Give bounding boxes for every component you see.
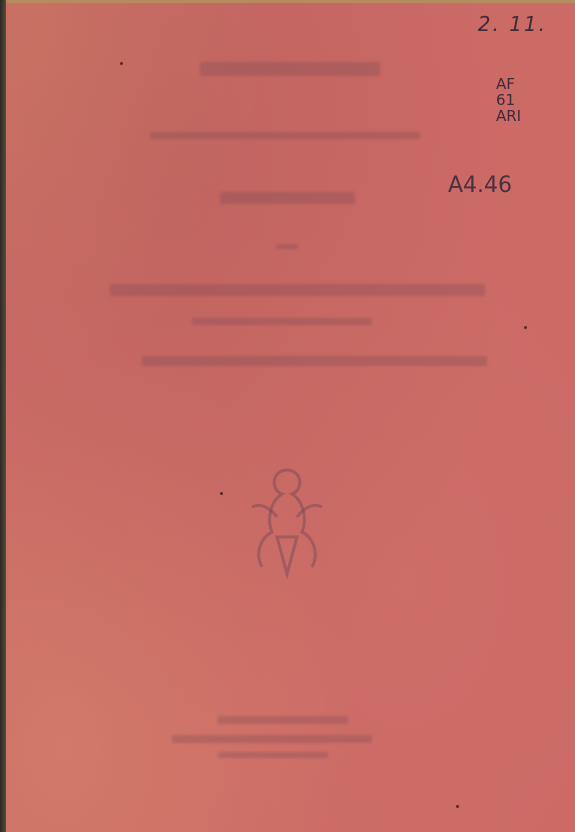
handwritten-note-top: 2. 11. <box>478 12 547 36</box>
printed-title <box>220 192 355 204</box>
shelfmark-line-3: ARI <box>496 108 521 124</box>
paper-speck <box>220 492 223 495</box>
paper-speck <box>456 805 459 808</box>
printed-subheader <box>150 132 420 139</box>
printed-connector <box>276 244 298 249</box>
imprint-place-date <box>218 716 348 724</box>
printed-author-line <box>110 284 485 296</box>
printed-header <box>200 62 380 76</box>
shelfmark-annotation: AF 61 ARI <box>496 76 521 124</box>
shelfmark-line-2: 61 <box>496 92 521 108</box>
pamphlet-cover <box>6 0 575 832</box>
imprint-extra <box>218 752 328 758</box>
coat-of-arms-emblem-icon <box>232 462 342 582</box>
cover-top-edge <box>6 0 575 3</box>
printed-author-subline <box>192 318 372 325</box>
imprint-publisher <box>172 735 372 743</box>
catalog-number-annotation: A4.46 <box>448 173 512 198</box>
shelfmark-line-1: AF <box>496 76 521 92</box>
printed-secondary-line <box>142 356 487 366</box>
paper-speck <box>524 326 527 329</box>
paper-speck <box>120 62 123 65</box>
